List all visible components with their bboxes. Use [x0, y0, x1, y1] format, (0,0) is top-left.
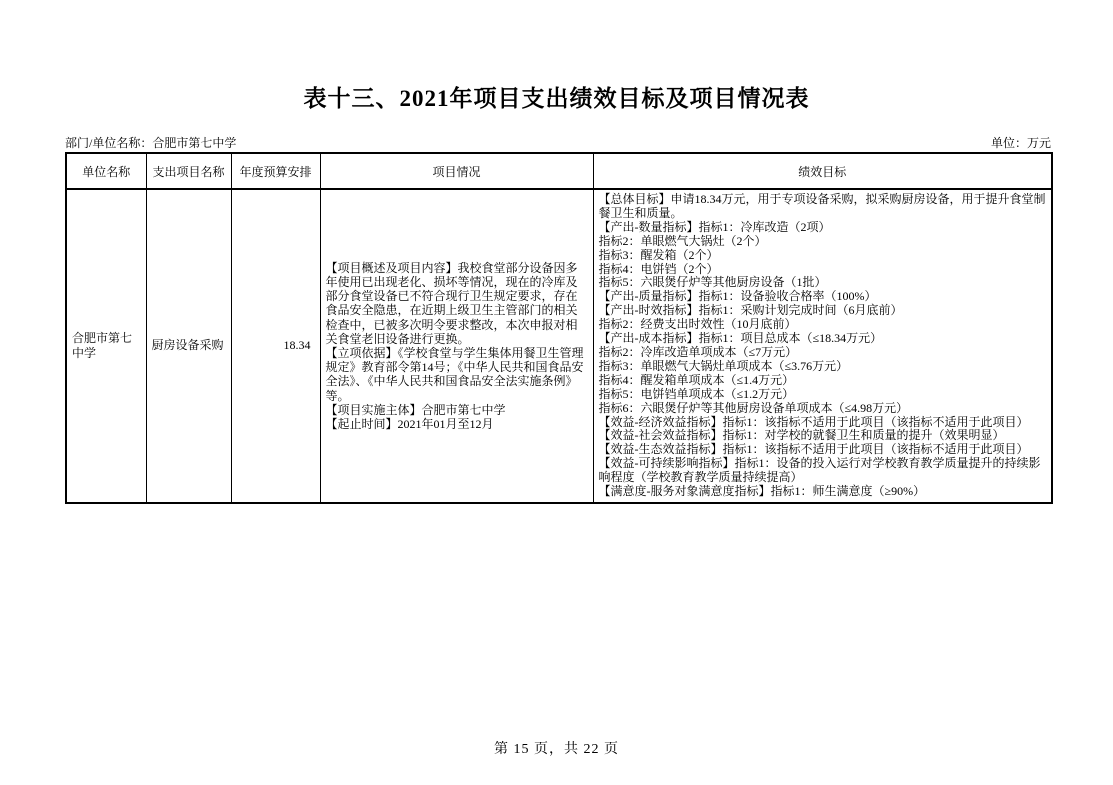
- col-header-performance-targets: 绩效目标: [593, 153, 1052, 189]
- col-header-project-overview: 项目情况: [320, 153, 593, 189]
- cell-annual-budget: 18.34: [231, 189, 320, 503]
- project-overview-text: 【项目概述及项目内容】我校食堂部分设备因多年使用已出现老化、损坏等情况，现在的冷…: [326, 261, 588, 431]
- page-title: 表十三、2021年项目支出绩效目标及项目情况表: [0, 80, 1113, 113]
- col-header-annual-budget: 年度预算安排: [231, 153, 320, 189]
- col-header-project-name: 支出项目名称: [146, 153, 231, 189]
- document-page: 表十三、2021年项目支出绩效目标及项目情况表 部门/单位名称：合肥市第七中学 …: [0, 0, 1113, 785]
- performance-target-table: 单位名称 支出项目名称 年度预算安排 项目情况 绩效目标 合肥市第七中学 厨房设…: [65, 152, 1053, 504]
- table-row: 合肥市第七中学 厨房设备采购 18.34 【项目概述及项目内容】我校食堂部分设备…: [66, 189, 1052, 503]
- table-meta-row: 部门/单位名称：合肥市第七中学 单位：万元: [65, 136, 1051, 150]
- department-unit-name: 部门/单位名称：合肥市第七中学: [65, 136, 236, 150]
- cell-project-name: 厨房设备采购: [146, 189, 231, 503]
- cell-unit-name: 合肥市第七中学: [66, 189, 146, 503]
- page-number: 第 15 页，共 22 页: [0, 738, 1113, 758]
- cell-project-overview: 【项目概述及项目内容】我校食堂部分设备因多年使用已出现老化、损坏等情况，现在的冷…: [320, 189, 593, 503]
- performance-targets-text: 【总体目标】申请18.34万元，用于专项设备采购，拟采购厨房设备，用于提升食堂制…: [599, 193, 1047, 499]
- currency-unit-label: 单位：万元: [991, 136, 1051, 150]
- table-header-row: 单位名称 支出项目名称 年度预算安排 项目情况 绩效目标: [66, 153, 1052, 189]
- cell-performance-targets: 【总体目标】申请18.34万元，用于专项设备采购，拟采购厨房设备，用于提升食堂制…: [593, 189, 1052, 503]
- col-header-unit-name: 单位名称: [66, 153, 146, 189]
